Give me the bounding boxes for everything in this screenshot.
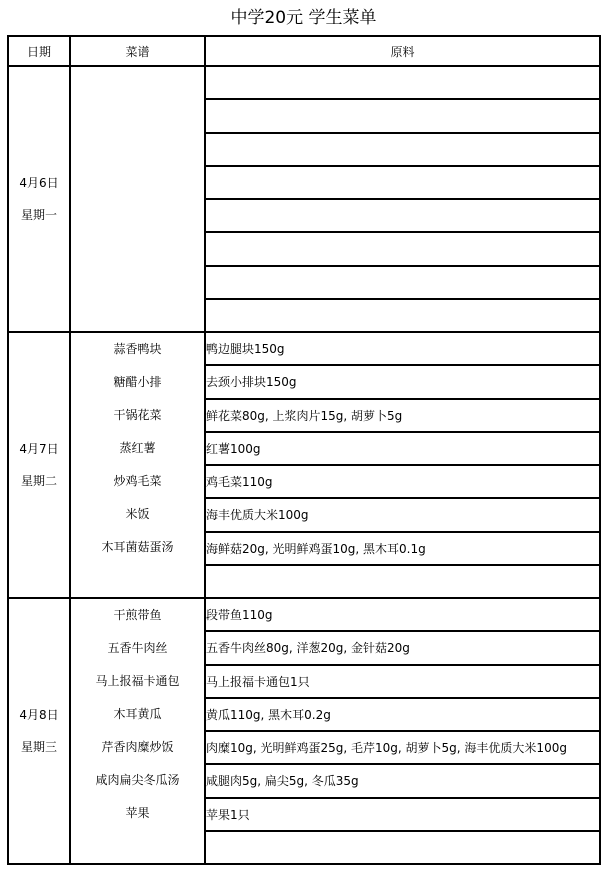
ingredient-cell: [205, 299, 600, 332]
ingredient-cell: [205, 99, 600, 132]
ingredient-cell: [205, 166, 600, 199]
ingredient-cell: [205, 266, 600, 299]
dish-name: 马上报福卡通包: [71, 665, 204, 698]
ingredient-cell: 咸腿肉5g, 扁尖5g, 冬瓜35g: [205, 764, 600, 797]
weekday-label: 星期一: [9, 199, 69, 231]
dish-name: [71, 265, 204, 298]
header-date: 日期: [8, 36, 70, 66]
dish-name: 五香牛肉丝: [71, 632, 204, 665]
dish-name: 木耳菌菇蛋汤: [71, 531, 204, 564]
dish-name: 米饭: [71, 498, 204, 531]
dish-name: [71, 564, 204, 597]
ingredient-cell: [205, 133, 600, 166]
page-title: 中学20元 学生菜单: [0, 4, 607, 32]
ingredient-cell: 段带鱼110g: [205, 598, 600, 631]
dish-name: 蒜香鸭块: [71, 333, 204, 366]
dishes-cell: 蒜香鸭块糖醋小排干锅花菜蒸红薯炒鸡毛菜米饭木耳菌菇蛋汤: [70, 332, 205, 598]
dish-name: [71, 830, 204, 863]
ingredient-cell: 海丰优质大米100g: [205, 498, 600, 531]
dish-name: 干锅花菜: [71, 399, 204, 432]
ingredient-cell: 红薯100g: [205, 432, 600, 465]
ingredient-cell: [205, 199, 600, 232]
dish-name: [71, 166, 204, 199]
dish-name: 木耳黄瓜: [71, 698, 204, 731]
dish-name: 芹香肉糜炒饭: [71, 731, 204, 764]
table-row: 4月6日星期一: [8, 66, 600, 99]
dish-name: 苹果: [71, 797, 204, 830]
dish-name: 蒸红薯: [71, 432, 204, 465]
date-cell: 4月8日星期三: [8, 598, 70, 864]
dishes-cell: 干煎带鱼五香牛肉丝马上报福卡通包木耳黄瓜芹香肉糜炒饭咸肉扁尖冬瓜汤苹果: [70, 598, 205, 864]
ingredient-cell: 鸡毛菜110g: [205, 465, 600, 498]
ingredient-cell: [205, 831, 600, 864]
date-label: 4月7日: [9, 433, 69, 465]
ingredient-cell: 鲜花菜80g, 上浆肉片15g, 胡萝卜5g: [205, 399, 600, 432]
dish-name: 咸肉扁尖冬瓜汤: [71, 764, 204, 797]
dish-name: [71, 199, 204, 232]
ingredient-cell: [205, 232, 600, 265]
ingredient-cell: 鸭边腿块150g: [205, 332, 600, 365]
header-row: 日期 菜谱 原料: [8, 36, 600, 66]
dishes-cell: [70, 66, 205, 332]
header-dish: 菜谱: [70, 36, 205, 66]
menu-table: 日期 菜谱 原料 4月6日星期一4月7日星期二蒜香鸭块糖醋小排干锅花菜蒸红薯炒鸡…: [7, 35, 601, 865]
table-row: 4月8日星期三干煎带鱼五香牛肉丝马上报福卡通包木耳黄瓜芹香肉糜炒饭咸肉扁尖冬瓜汤…: [8, 598, 600, 631]
header-ingredients: 原料: [205, 36, 600, 66]
ingredient-cell: 黄瓜110g, 黑木耳0.2g: [205, 698, 600, 731]
dish-name: 炒鸡毛菜: [71, 465, 204, 498]
menu-body: 4月6日星期一4月7日星期二蒜香鸭块糖醋小排干锅花菜蒸红薯炒鸡毛菜米饭木耳菌菇蛋…: [8, 66, 600, 864]
ingredient-cell: [205, 66, 600, 99]
ingredient-cell: 苹果1只: [205, 798, 600, 831]
dish-name: 干煎带鱼: [71, 599, 204, 632]
date-label: 4月6日: [9, 167, 69, 199]
table-row: 4月7日星期二蒜香鸭块糖醋小排干锅花菜蒸红薯炒鸡毛菜米饭木耳菌菇蛋汤鸭边腿块15…: [8, 332, 600, 365]
date-label: 4月8日: [9, 699, 69, 731]
dish-name: [71, 67, 204, 100]
ingredient-cell: 五香牛肉丝80g, 洋葱20g, 金针菇20g: [205, 631, 600, 664]
ingredient-cell: [205, 565, 600, 598]
ingredient-cell: 去颈小排块150g: [205, 365, 600, 398]
ingredient-cell: 海鲜菇20g, 光明鲜鸡蛋10g, 黑木耳0.1g: [205, 532, 600, 565]
dish-name: [71, 133, 204, 166]
ingredient-cell: 肉糜10g, 光明鲜鸡蛋25g, 毛芹10g, 胡萝卜5g, 海丰优质大米100…: [205, 731, 600, 764]
date-cell: 4月6日星期一: [8, 66, 70, 332]
weekday-label: 星期二: [9, 465, 69, 497]
dish-name: [71, 232, 204, 265]
dish-name: [71, 100, 204, 133]
date-cell: 4月7日星期二: [8, 332, 70, 598]
dish-name: 糖醋小排: [71, 366, 204, 399]
weekday-label: 星期三: [9, 731, 69, 763]
ingredient-cell: 马上报福卡通包1只: [205, 665, 600, 698]
dish-name: [71, 298, 204, 331]
